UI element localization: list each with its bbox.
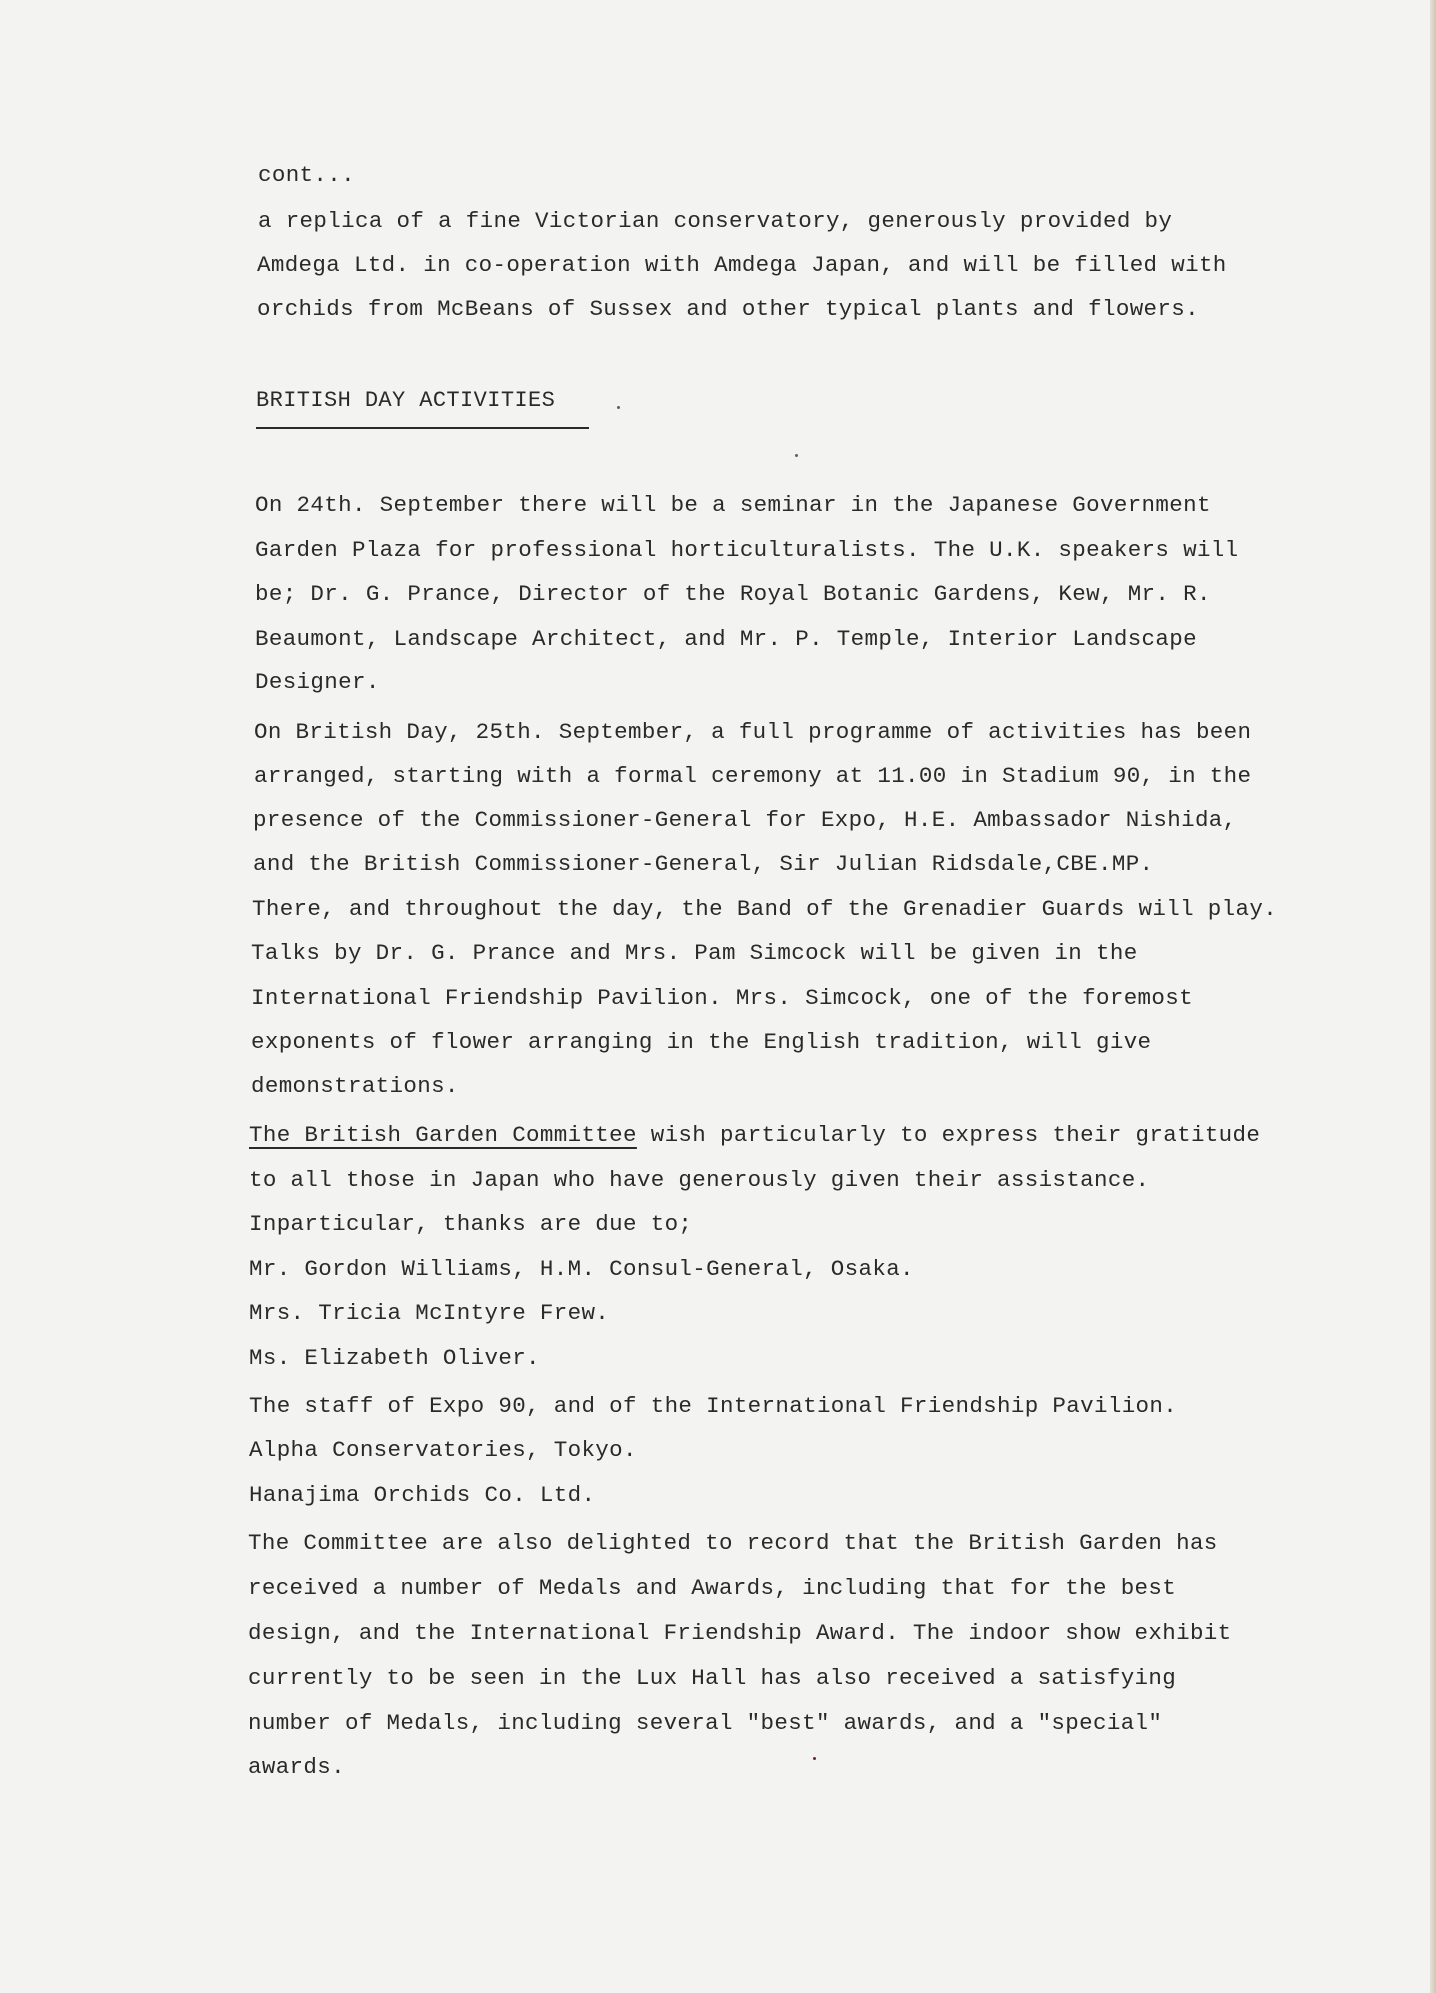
text-line: On British Day, 25th. September, a full … (254, 719, 1251, 745)
text-line: design, and the International Friendship… (248, 1620, 1232, 1646)
text-span: wish particularly to express their grati… (637, 1122, 1260, 1148)
text-line: The Committee are also delighted to reco… (248, 1530, 1218, 1556)
section-heading: BRITISH DAY ACTIVITIES (256, 388, 555, 413)
text-line: exponents of flower arranging in the Eng… (251, 1029, 1151, 1055)
text-line: Garden Plaza for professional horticultu… (255, 537, 1239, 563)
text-line: received a number of Medals and Awards, … (248, 1575, 1176, 1601)
text-line: arranged, starting with a formal ceremon… (254, 763, 1251, 789)
text-line: be; Dr. G. Prance, Director of the Royal… (255, 581, 1211, 607)
text-line: presence of the Commissioner-General for… (253, 807, 1237, 833)
paper-speck (795, 454, 798, 457)
thanks-list-item: The staff of Expo 90, and of the Interna… (249, 1393, 1177, 1419)
text-line: On 24th. September there will be a semin… (255, 492, 1211, 518)
text-line: orchids from McBeans of Sussex and other… (257, 296, 1199, 322)
text-line: awards. (248, 1754, 345, 1780)
text-line: Inparticular, thanks are due to; (249, 1211, 692, 1237)
text-line: Designer. (255, 669, 380, 695)
text-line: Amdega Ltd. in co-operation with Amdega … (257, 252, 1227, 278)
typed-document-page: cont... a replica of a fine Victorian co… (0, 0, 1436, 1993)
text-line: demonstrations. (251, 1073, 459, 1099)
continuation-marker: cont... (258, 162, 355, 188)
thanks-list-item: Hanajima Orchids Co. Ltd. (249, 1482, 595, 1508)
paper-speck (813, 1757, 816, 1760)
paper-speck (617, 406, 620, 409)
committee-name-underlined: The British Garden Committee (249, 1122, 637, 1148)
text-line: number of Medals, including several "bes… (248, 1710, 1162, 1736)
heading-underline (256, 427, 589, 429)
text-line: currently to be seen in the Lux Hall has… (248, 1665, 1176, 1691)
text-line: There, and throughout the day, the Band … (252, 896, 1277, 922)
thanks-list-item: Mrs. Tricia McIntyre Frew. (249, 1300, 609, 1326)
text-line: to all those in Japan who have generousl… (249, 1167, 1149, 1193)
text-line: a replica of a fine Victorian conservato… (258, 208, 1172, 234)
text-line: and the British Commissioner-General, Si… (253, 851, 1153, 877)
thanks-list-item: Alpha Conservatories, Tokyo. (249, 1437, 637, 1463)
thanks-list-item: Ms. Elizabeth Oliver. (249, 1345, 540, 1371)
text-line: Beaumont, Landscape Architect, and Mr. P… (255, 626, 1197, 652)
text-line: Talks by Dr. G. Prance and Mrs. Pam Simc… (251, 940, 1138, 966)
text-line: The British Garden Committee wish partic… (249, 1122, 1260, 1148)
thanks-list-item: Mr. Gordon Williams, H.M. Consul-General… (249, 1256, 914, 1282)
text-line: International Friendship Pavilion. Mrs. … (251, 985, 1193, 1011)
page-edge (1430, 0, 1436, 1993)
